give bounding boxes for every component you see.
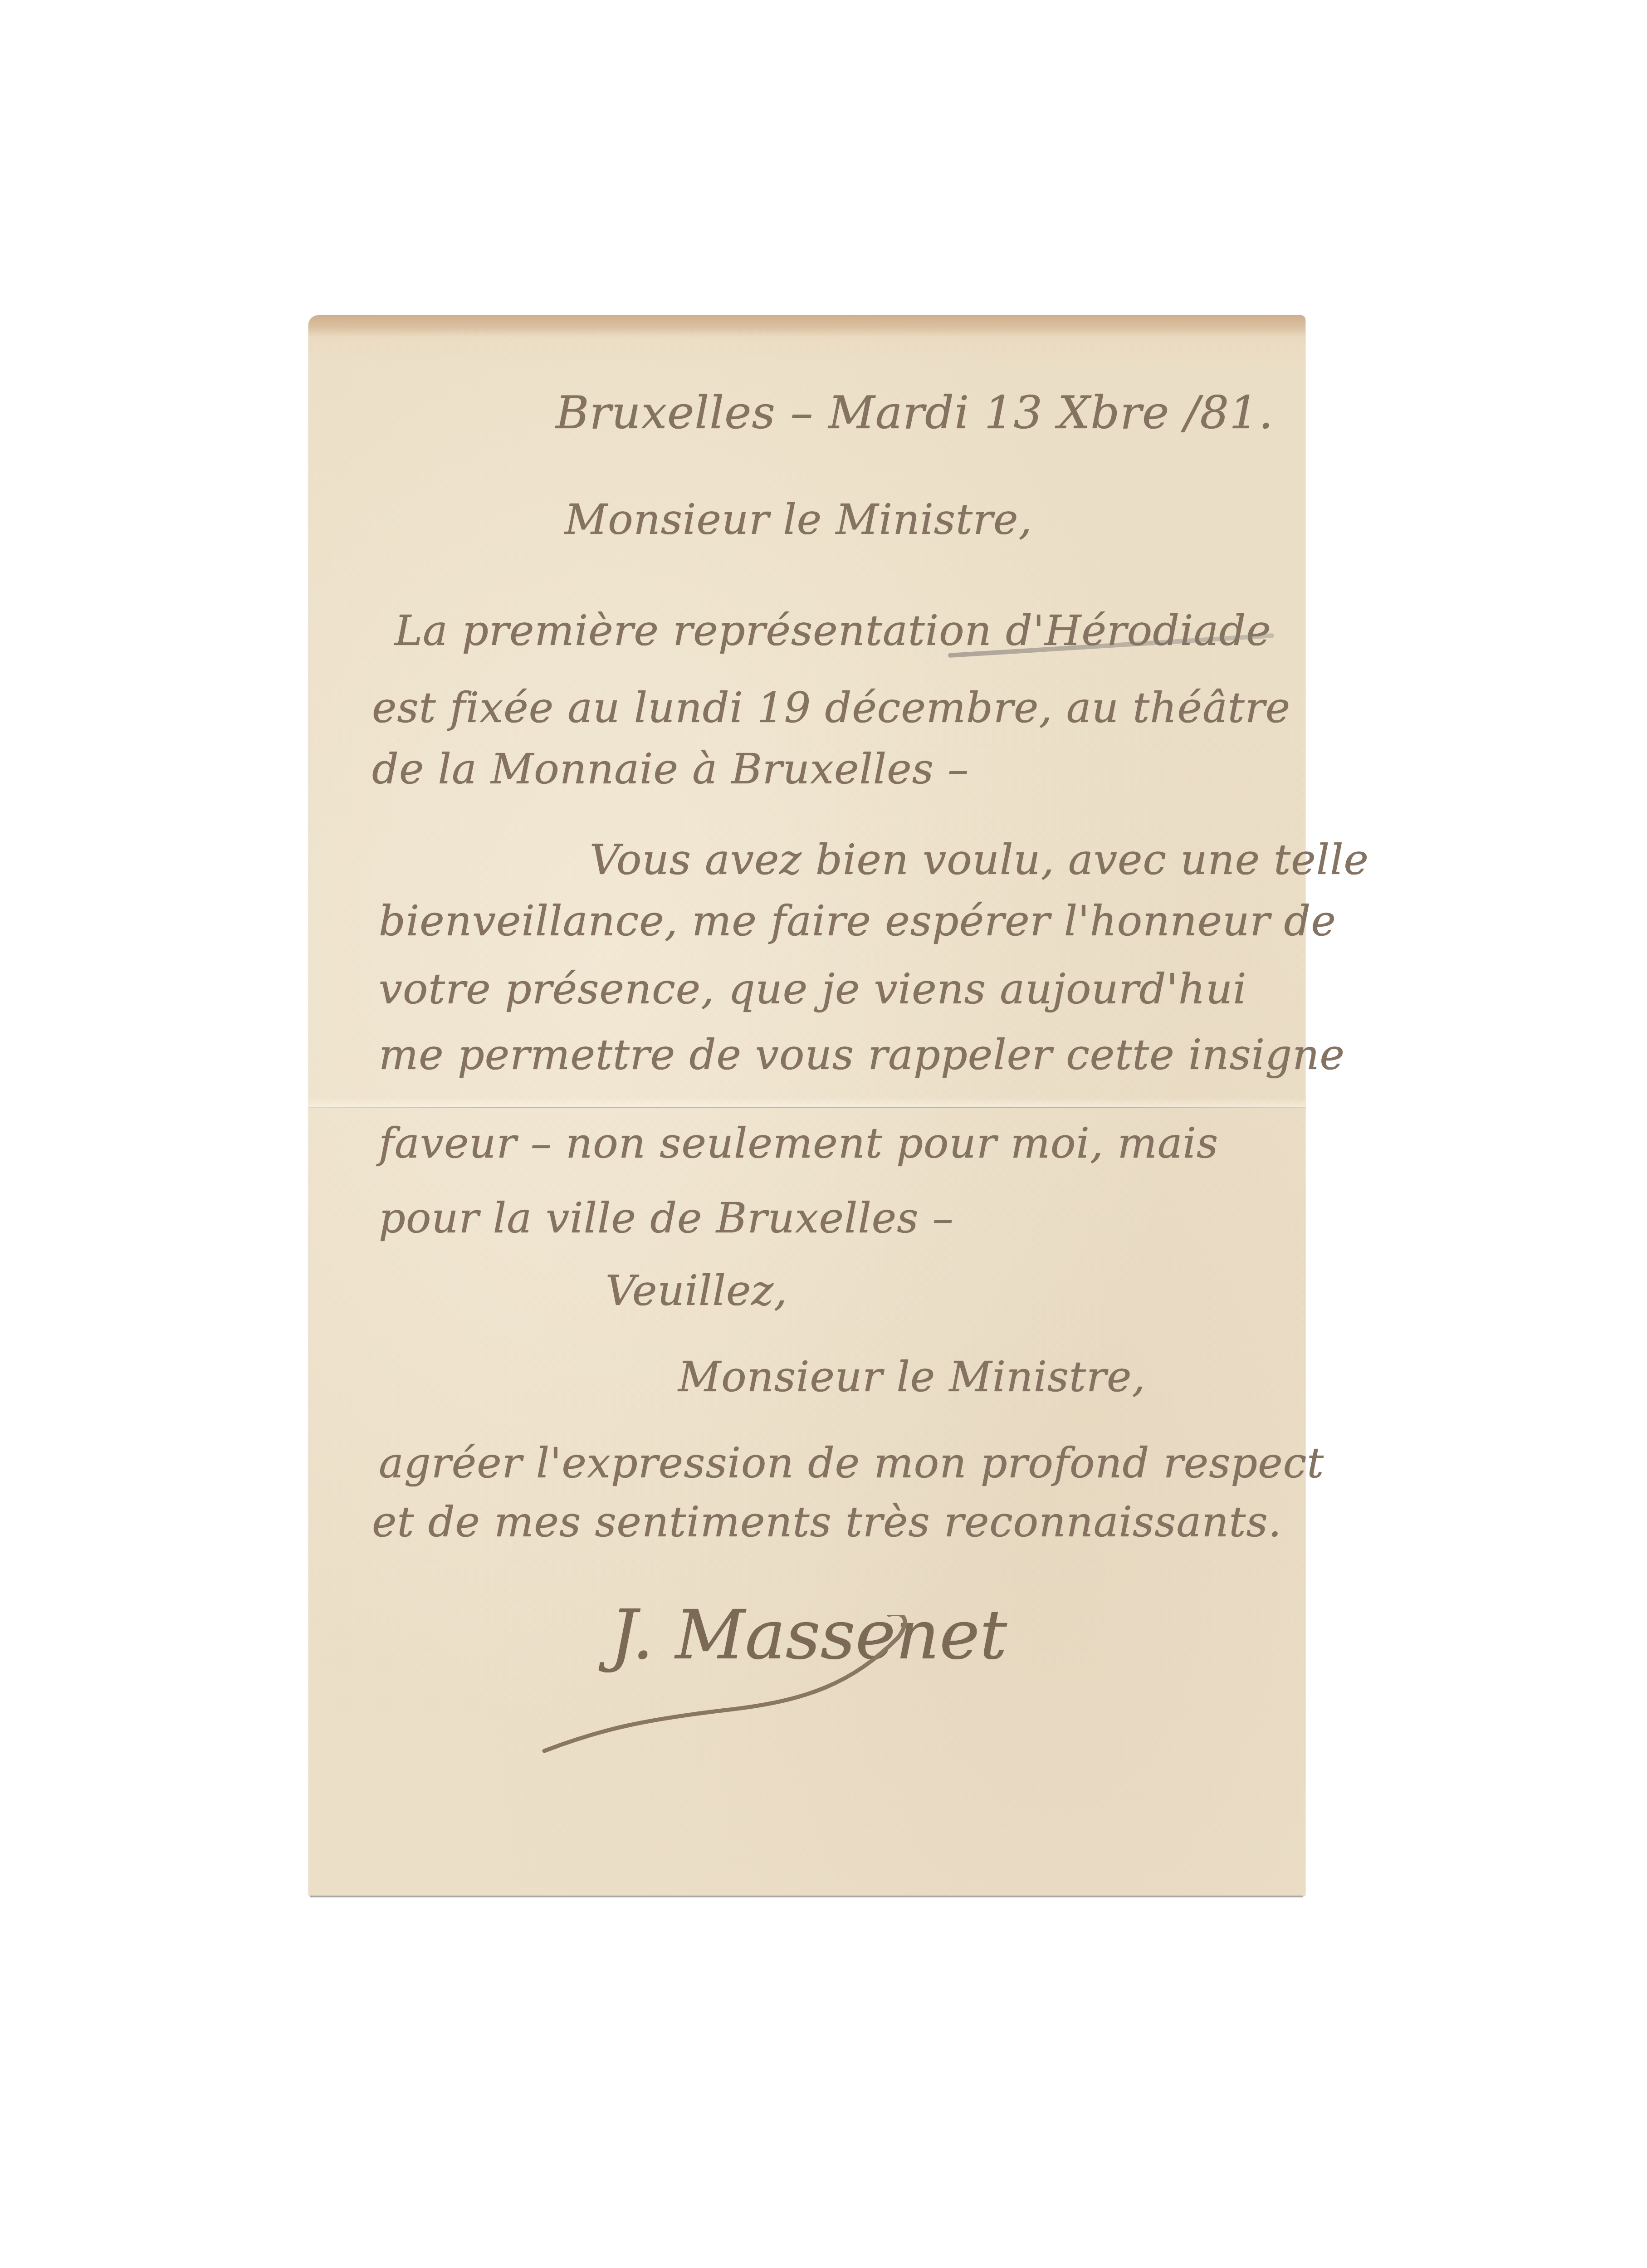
paragraph-2-line-4: me permettre de vous rappeler cette insi…: [379, 1034, 1345, 1076]
closing-veuillez: Veuillez,: [606, 1270, 787, 1312]
signature-flourish-icon: [535, 1615, 1012, 1760]
closing-agreer: agréer l'expression de mon profond respe…: [379, 1442, 1324, 1484]
paragraph-1-line-2: est fixée au lundi 19 décembre, au théât…: [372, 687, 1290, 729]
dateline: Bruxelles – Mardi 13 Xbre /81.: [556, 390, 1274, 435]
fold-highlight: [308, 1098, 1305, 1107]
paragraph-2-line-3: votre présence, que je viens aujourd'hui: [379, 968, 1247, 1010]
paragraph-2-line-6: pour la ville de Bruxelles –: [379, 1198, 954, 1239]
salutation: Monsieur le Ministre,: [565, 499, 1032, 541]
paragraph-2-line-2: bienveillance, me faire espérer l'honneu…: [379, 900, 1336, 942]
fold-crease: [308, 1107, 1305, 1108]
paragraph-2-line-1: Vous avez bien voulu, avec une telle: [590, 839, 1369, 881]
closing-sentiments: et de mes sentiments très reconnaissants…: [372, 1501, 1282, 1543]
paragraph-1-line-3: de la Monnaie à Bruxelles –: [372, 748, 969, 790]
paragraph-2-line-5: faveur – non seulement pour moi, mais: [379, 1123, 1218, 1164]
closing-monsieur-le-ministre: Monsieur le Ministre,: [678, 1356, 1146, 1398]
